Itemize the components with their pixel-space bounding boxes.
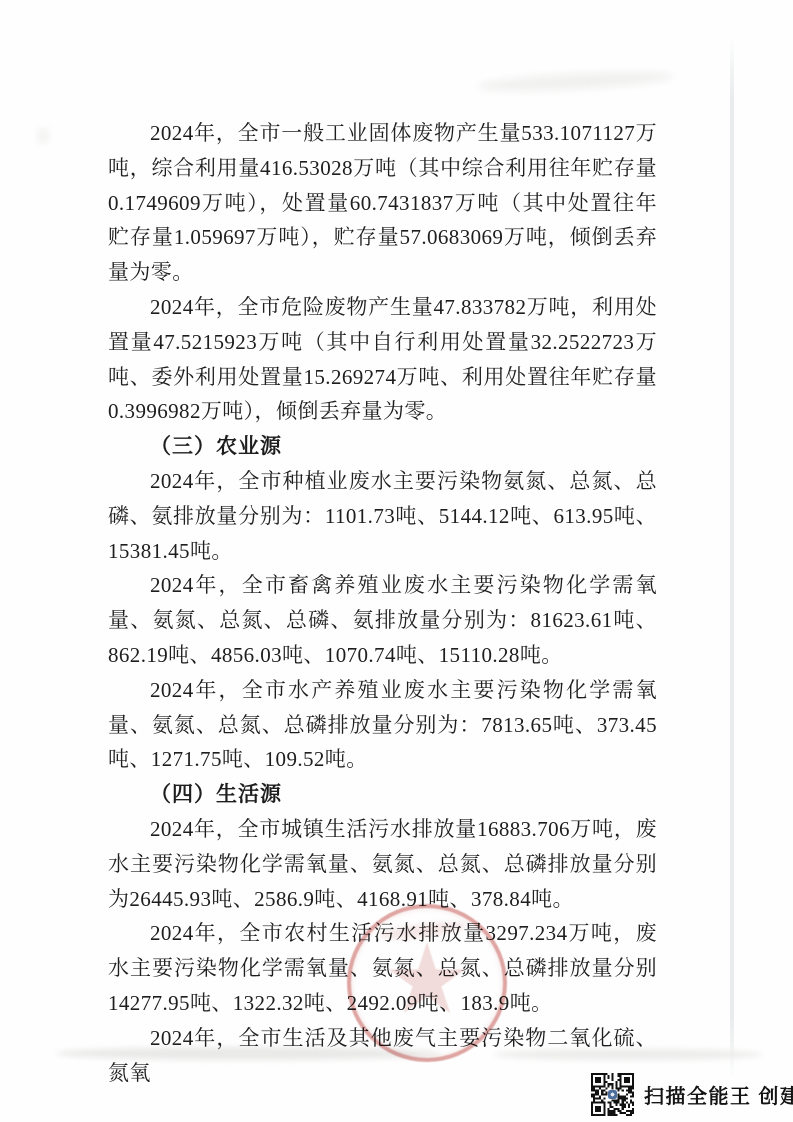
paragraph: 2024年，全市种植业废水主要污染物氨氮、总氮、总磷、氨排放量分别为：1101.…	[108, 464, 657, 568]
paragraph: 2024年，全市一般工业固体废物产生量533.1071127万吨，综合利用量41…	[108, 116, 657, 290]
red-seal-stamp	[347, 904, 507, 1062]
paragraph: 2024年，全市畜禽养殖业废水主要污染物化学需氧量、氨氮、总氮、总磷、氨排放量分…	[108, 568, 657, 672]
scan-artifact-smudge	[38, 128, 48, 144]
seal-star-icon	[387, 942, 467, 1020]
section-heading: （三）农业源	[108, 429, 657, 464]
scanned-document-page: 2024年，全市一般工业固体废物产生量533.1071127万吨，综合利用量41…	[0, 0, 793, 1122]
seal-ink-mark	[379, 919, 468, 943]
paragraph: 2024年，全市城镇生活污水排放量16883.706万吨，废水主要污染物化学需氧…	[108, 812, 657, 916]
paragraph: 2024年，全市危险废物产生量47.833782万吨，利用处置量47.52159…	[108, 290, 657, 429]
scan-artifact-vertical-line	[730, 36, 734, 1080]
camscanner-watermark: 扫描全能王 创建	[591, 1071, 793, 1117]
paragraph: 2024年，全市水产养殖业废水主要污染物化学需氧量、氨氮、总氮、总磷排放量分别为…	[108, 673, 657, 777]
section-heading: （四）生活源	[108, 777, 657, 812]
qr-code-icon	[591, 1073, 634, 1116]
scan-artifact-smudge	[478, 69, 674, 94]
watermark-label: 扫描全能王 创建	[644, 1080, 793, 1109]
